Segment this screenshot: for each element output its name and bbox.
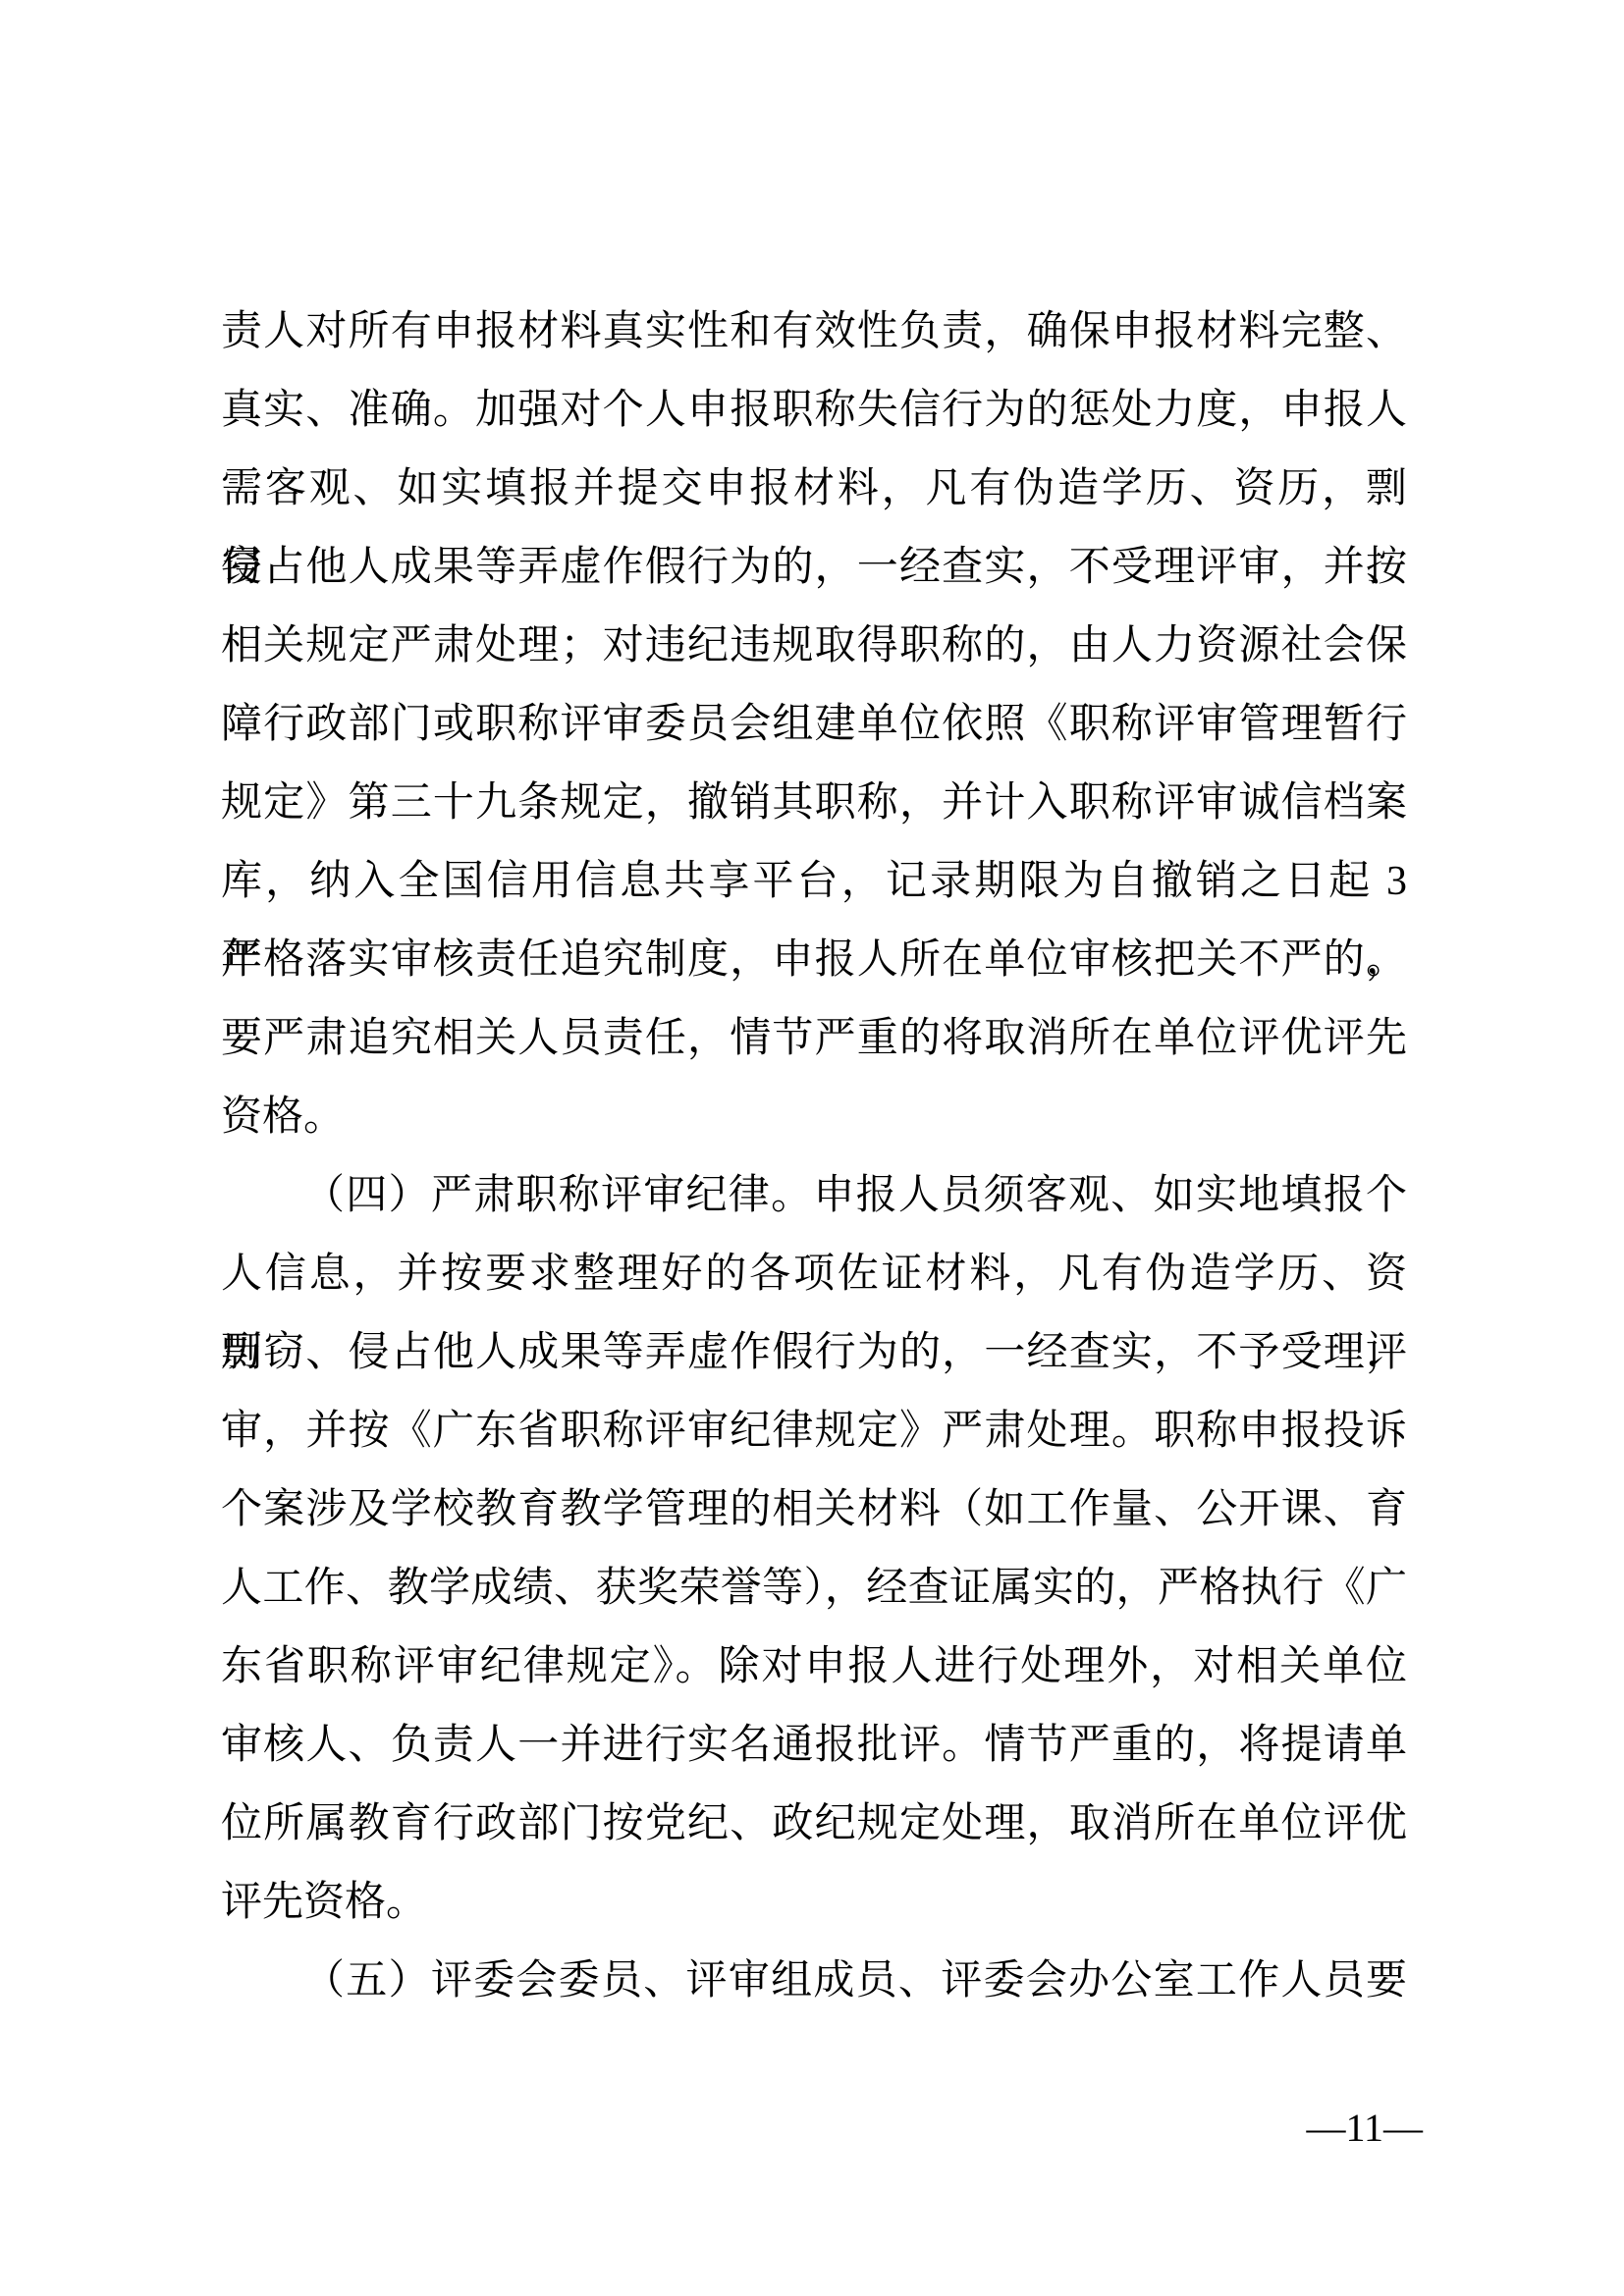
- text-line: 审，并按《广东省职称评审纪律规定》严肃处理。职称申报投诉: [221, 1392, 1407, 1470]
- text-line: 严格落实审核责任追究制度，申报人所在单位审核把关不严的，: [221, 921, 1407, 999]
- text-line-paragraph-end: 评先资格。: [221, 1863, 1407, 1942]
- text-line-paragraph-end: 资格。: [221, 1078, 1407, 1156]
- text-line: 个案涉及学校教育教学管理的相关材料（如工作量、公开课、育: [221, 1470, 1407, 1549]
- text-line: 责人对所有申报材料真实性和有效性负责，确保申报材料完整、: [221, 293, 1407, 371]
- page-number: —11—: [1306, 2101, 1423, 2156]
- document-body: 责人对所有申报材料真实性和有效性负责，确保申报材料完整、 真实、准确。加强对个人…: [221, 293, 1407, 2020]
- text-line: 真实、准确。加强对个人申报职称失信行为的惩处力度，申报人: [221, 371, 1407, 450]
- text-line: 要严肃追究相关人员责任，情节严重的将取消所在单位评优评先: [221, 999, 1407, 1078]
- text-line: 侵占他人成果等弄虚作假行为的，一经查实，不受理评审，并按: [221, 528, 1407, 607]
- text-line: 东省职称评审纪律规定》。除对申报人进行处理外，对相关单位: [221, 1628, 1407, 1706]
- text-line: 审核人、负责人一并进行实名通报批评。情节严重的，将提请单: [221, 1706, 1407, 1785]
- text-line: 需客观、如实填报并提交申报材料，凡有伪造学历、资历，剽窃、: [221, 450, 1407, 528]
- text-line: 库，纳入全国信用信息共享平台，记录期限为自撤销之日起 3 年。: [221, 842, 1407, 921]
- text-line: 人工作、教学成绩、获奖荣誉等），经查证属实的，严格执行《广: [221, 1549, 1407, 1628]
- text-line-paragraph-start: （四）严肃职称评审纪律。申报人员须客观、如实地填报个: [221, 1156, 1407, 1235]
- document-page: 责人对所有申报材料真实性和有效性负责，确保申报材料完整、 真实、准确。加强对个人…: [0, 0, 1624, 2296]
- text-line: 人信息，并按要求整理好的各项佐证材料，凡有伪造学历、资历，: [221, 1235, 1407, 1313]
- text-line: 相关规定严肃处理；对违纪违规取得职称的，由人力资源社会保: [221, 607, 1407, 685]
- text-line: 障行政部门或职称评审委员会组建单位依照《职称评审管理暂行: [221, 685, 1407, 764]
- text-line: 规定》第三十九条规定，撤销其职称，并计入职称评审诚信档案: [221, 764, 1407, 842]
- text-line: 位所属教育行政部门按党纪、政纪规定处理，取消所在单位评优: [221, 1785, 1407, 1863]
- text-line: 剽窃、侵占他人成果等弄虚作假行为的，一经查实，不予受理评: [221, 1313, 1407, 1392]
- text-line-paragraph-start: （五）评委会委员、评审组成员、评委会办公室工作人员要: [221, 1942, 1407, 2020]
